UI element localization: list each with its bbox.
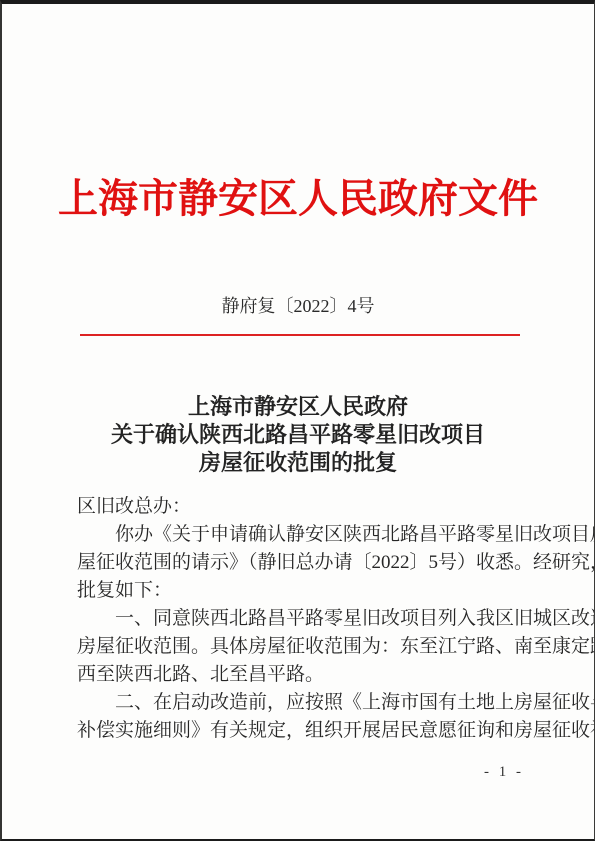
body-line-salutation: 区旧改总办：: [77, 493, 523, 521]
body-line: 补偿实施细则》有关规定，组织开展居民意愿征询和房屋征收补: [77, 717, 523, 745]
body-line: 房屋征收范围。具体房屋征收范围为：东至江宁路、南至康定路、: [77, 633, 523, 661]
body-line: 批复如下：: [77, 577, 523, 605]
body-line: 西至陕西北路、北至昌平路。: [77, 661, 523, 689]
body-line: 二、在启动改造前，应按照《上海市国有土地上房屋征收与: [77, 689, 523, 717]
document-title-line: 房屋征收范围的批复: [2, 449, 594, 477]
body-line: 你办《关于申请确认静安区陕西北路昌平路零星旧改项目房: [77, 521, 523, 549]
document-number: 静府复〔2022〕4号: [2, 292, 594, 318]
body-line: 一、同意陕西北路昌平路零星旧改项目列入我区旧城区改造: [77, 605, 523, 633]
document-page: 上海市静安区人民政府文件 静府复〔2022〕4号 上海市静安区人民政府 关于确认…: [0, 0, 595, 841]
red-divider-line: [80, 334, 520, 336]
document-title-line: 上海市静安区人民政府: [2, 393, 594, 421]
document-header-title: 上海市静安区人民政府文件: [2, 167, 594, 224]
document-body: 区旧改总办： 你办《关于申请确认静安区陕西北路昌平路零星旧改项目房 屋征收范围的…: [77, 493, 523, 745]
document-title-line: 关于确认陕西北路昌平路零星旧改项目: [2, 421, 594, 449]
body-line: 屋征收范围的请示》（静旧总办请〔2022〕5号）收悉。经研究，: [77, 549, 523, 577]
page-number: - 1 -: [484, 764, 524, 781]
document-title: 上海市静安区人民政府 关于确认陕西北路昌平路零星旧改项目 房屋征收范围的批复: [2, 393, 594, 477]
